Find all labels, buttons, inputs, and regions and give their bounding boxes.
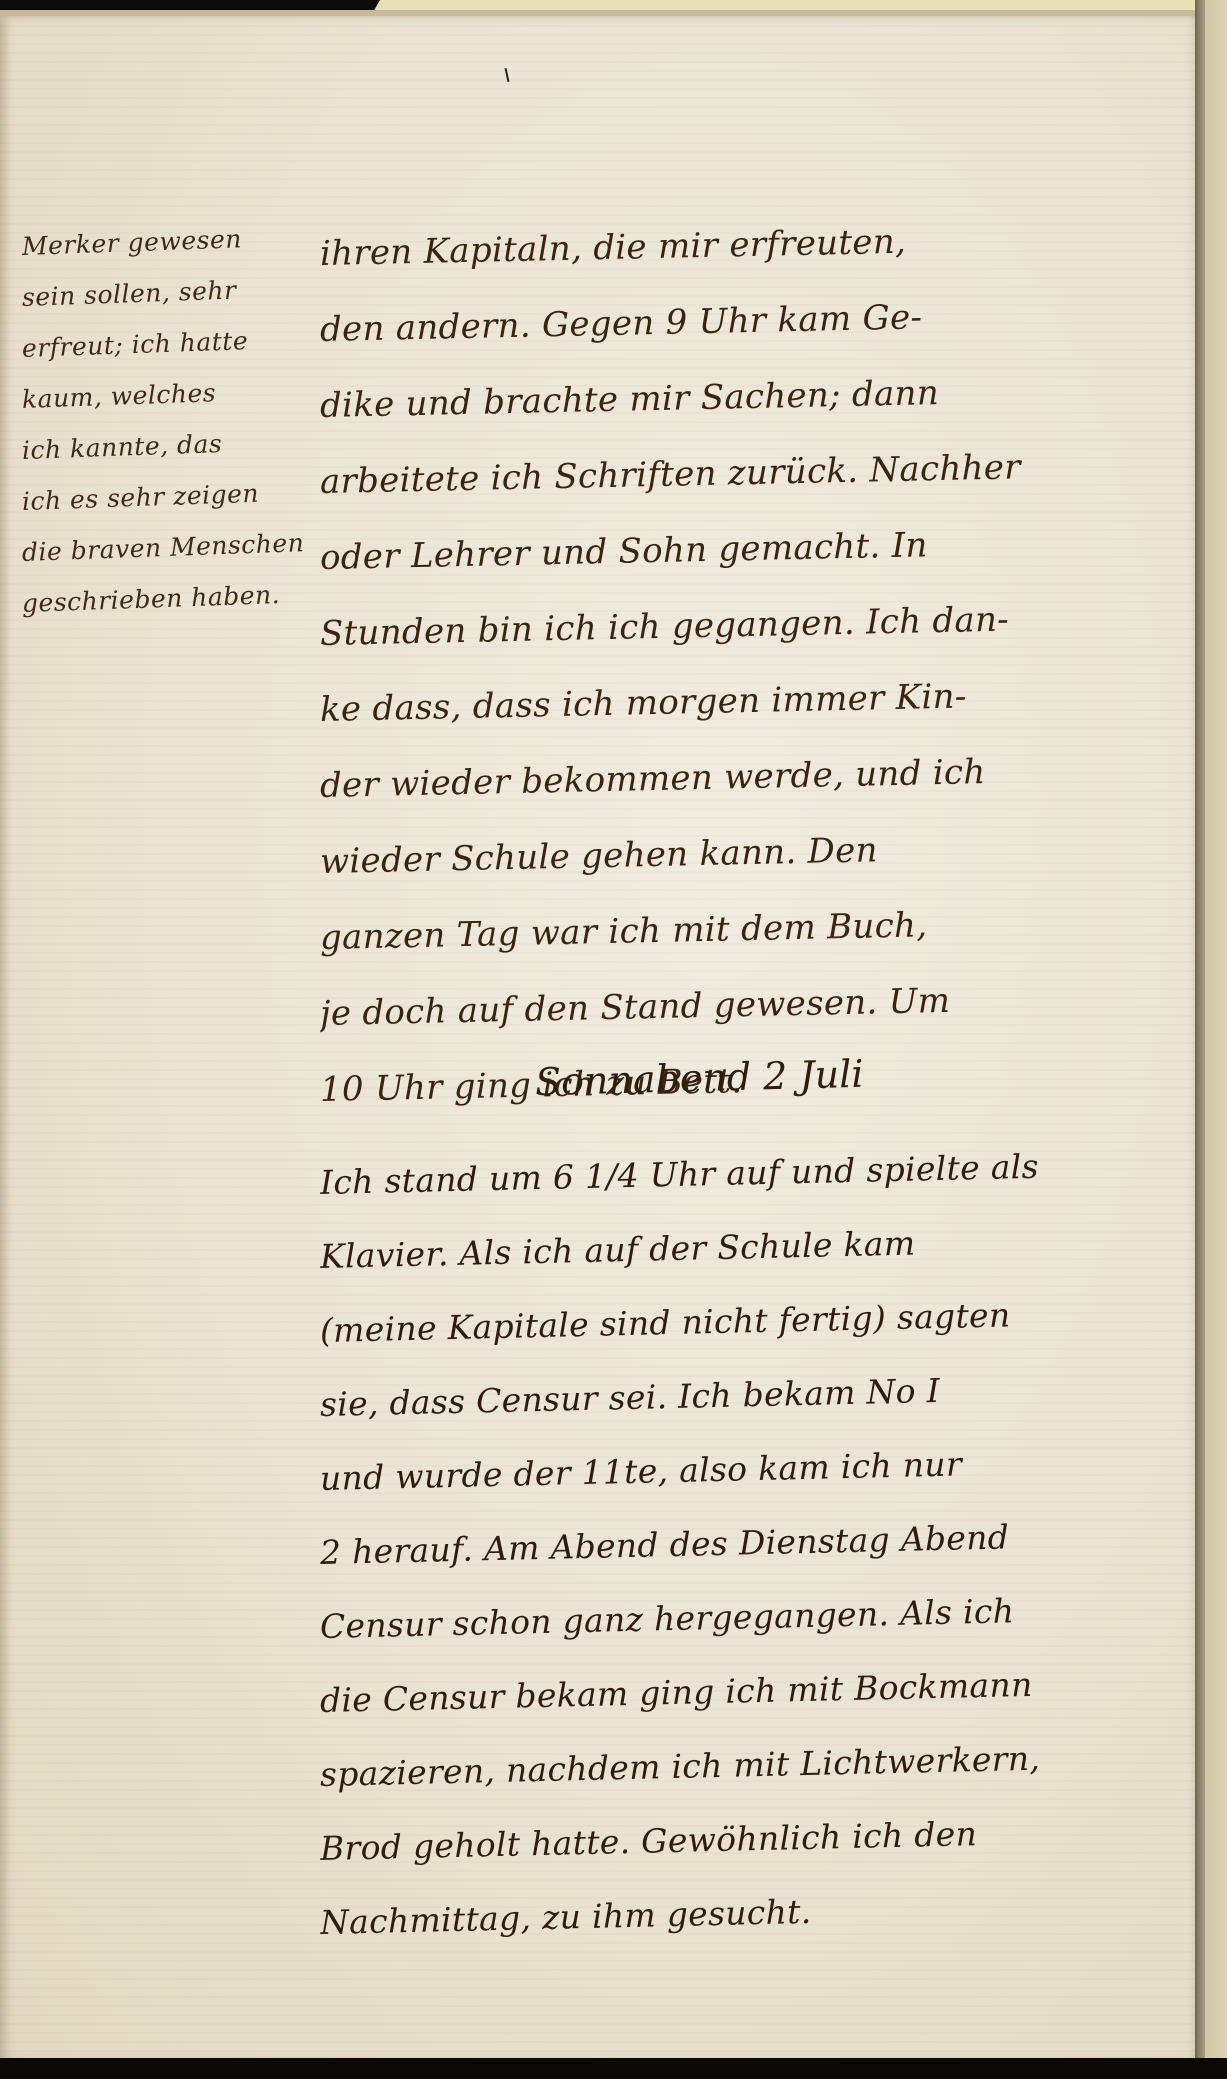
book-gutter	[1195, 0, 1205, 2060]
manuscript-page: Merker gewesen sein sollen, sehr erfreut…	[0, 10, 1195, 2066]
margin-note: Merker gewesen sein sollen, sehr erfreut…	[22, 221, 322, 629]
ink-mark	[505, 68, 510, 82]
margin-line: geschrieben haben.	[21, 568, 323, 629]
entry-new: Ich stand um 6 1/4 Uhr auf und spielte a…	[320, 1146, 1170, 1960]
scan-border	[0, 2058, 1227, 2079]
date-heading: Sonnabend 2 Juli	[534, 1052, 864, 1105]
entry-continued: ihren Kapitaln, die mir erfreuten, den a…	[320, 216, 1170, 1128]
adjacent-page-edge	[1205, 0, 1227, 2060]
